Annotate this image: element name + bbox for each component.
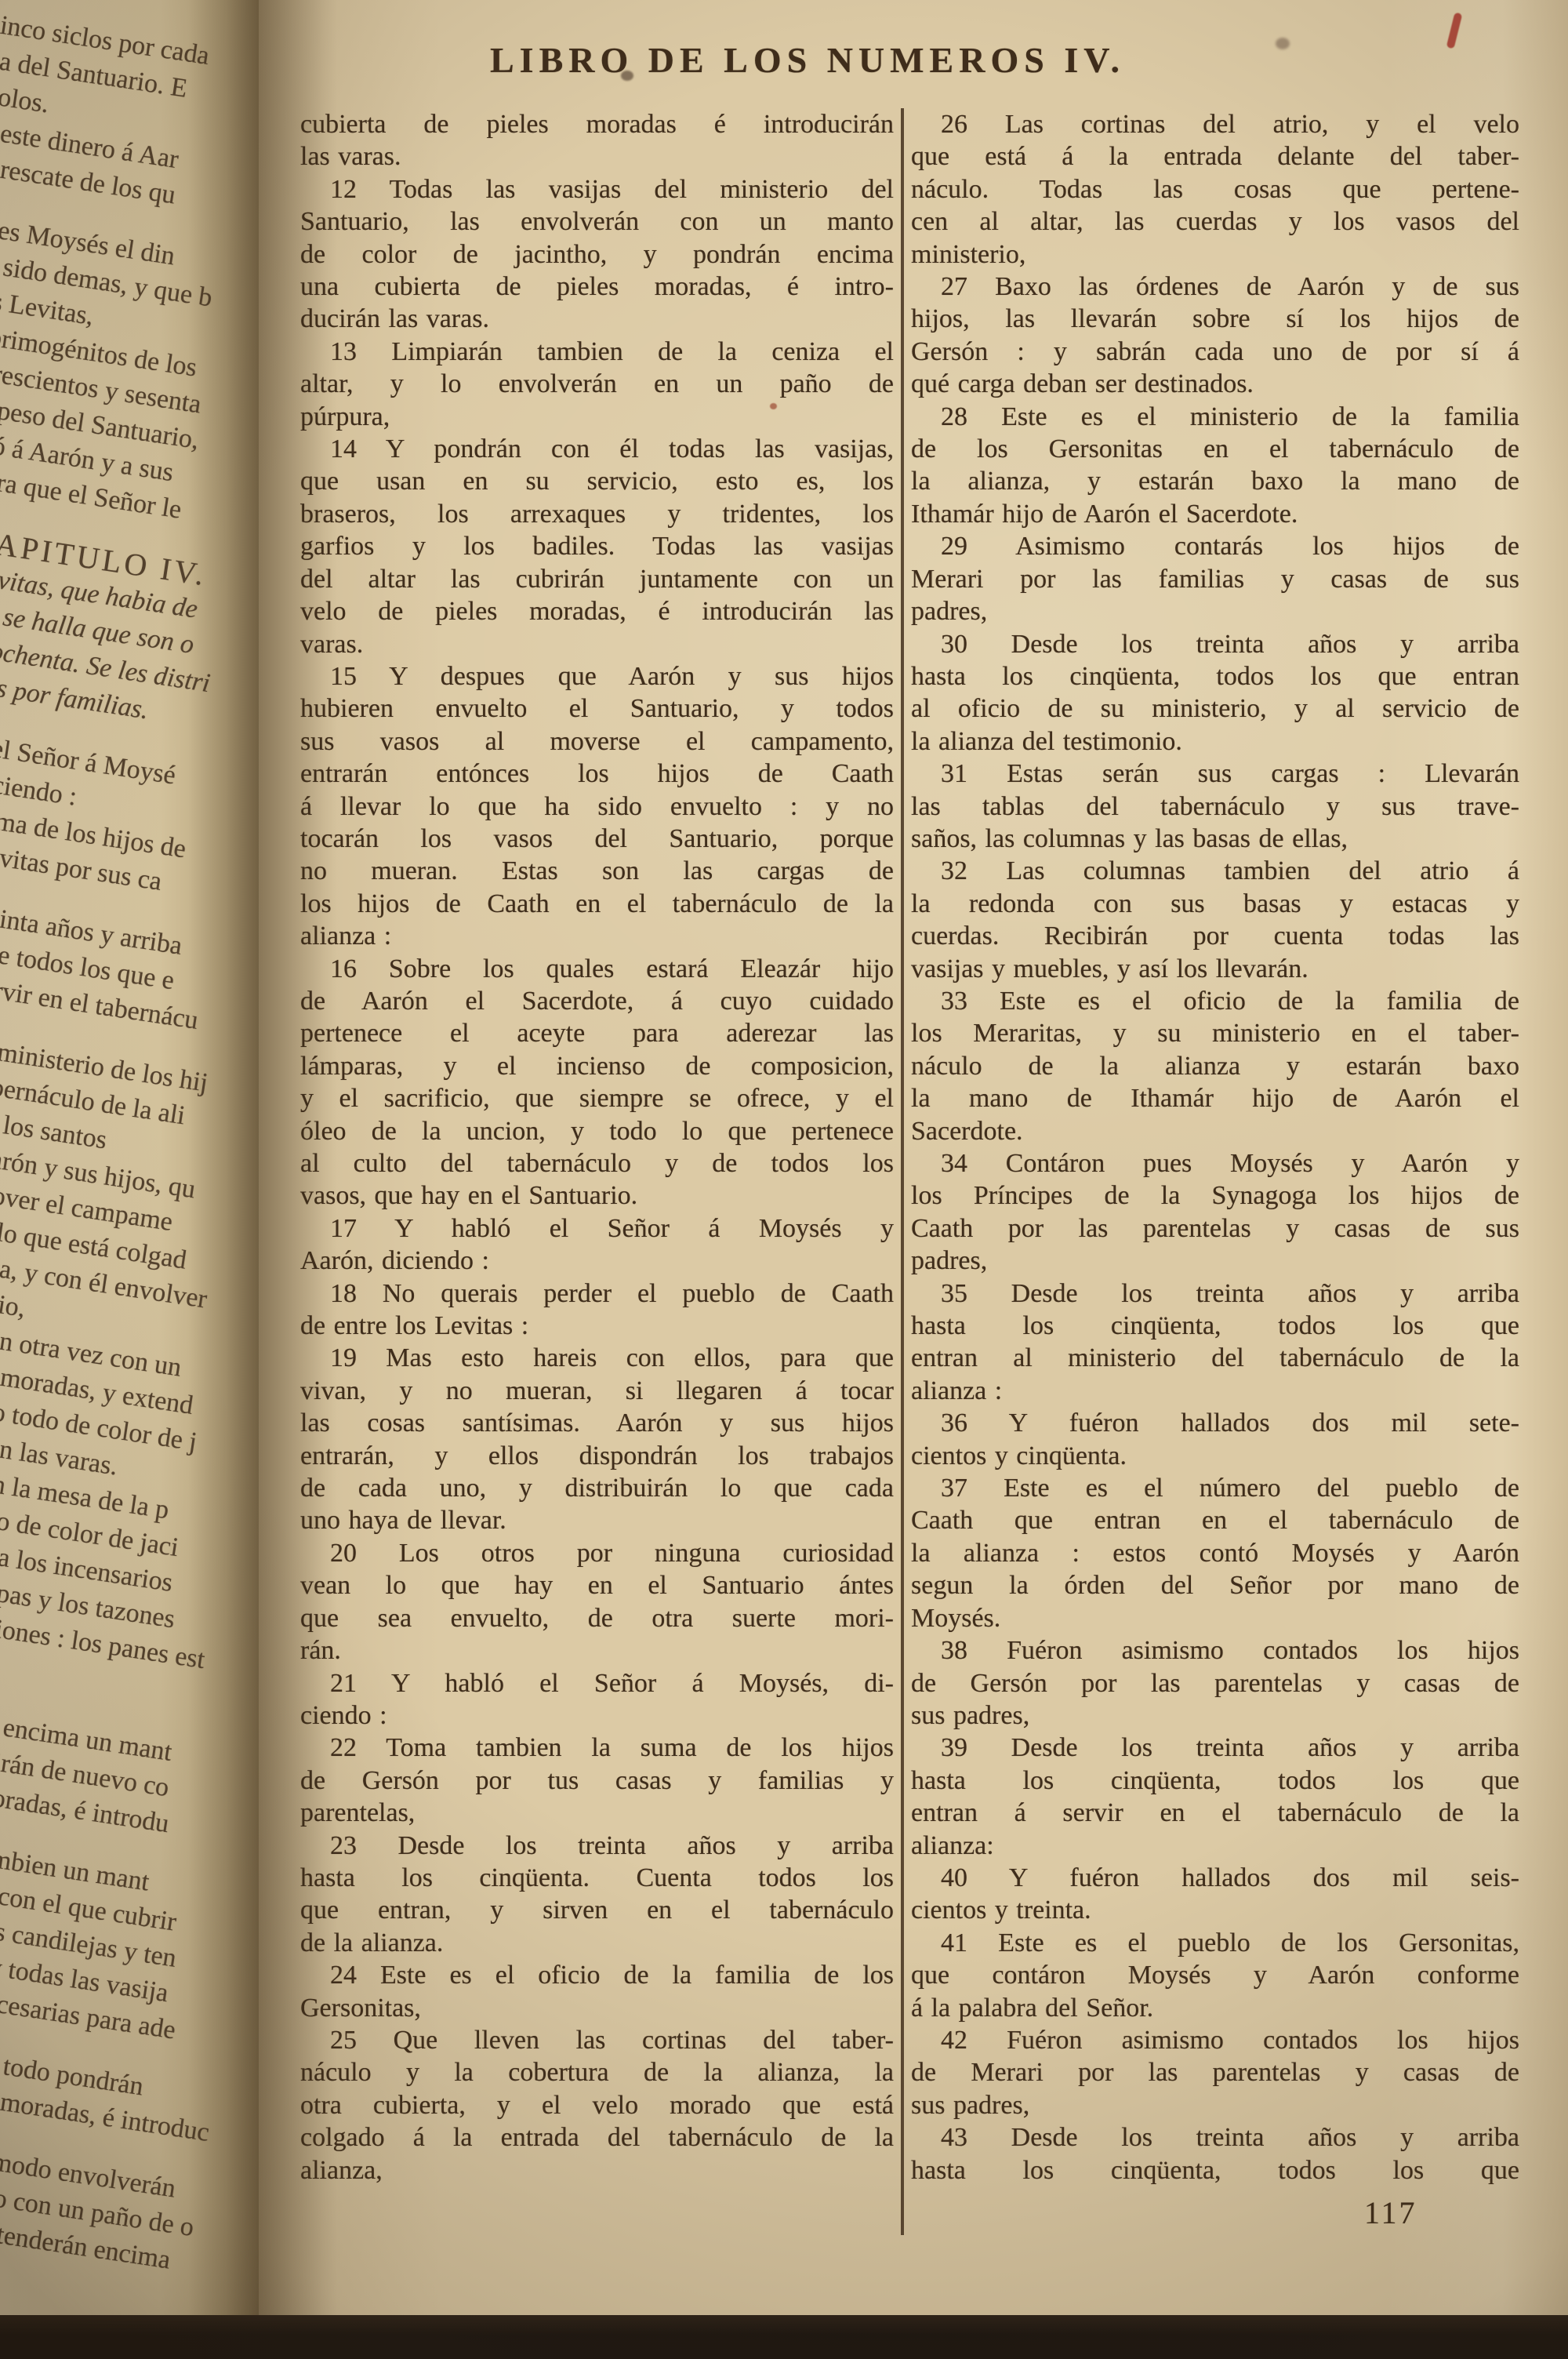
- text-line: 19 Mas esto hareis con ellos, para que: [300, 1342, 894, 1374]
- text-line: 24 Este es el oficio de la familia de lo…: [300, 1959, 894, 1991]
- text-line: de Gersón por las parentelas y casas de: [911, 1667, 1519, 1699]
- text-line: que contáron Moysés y Aarón conforme: [911, 1959, 1519, 1991]
- text-line: hasta los cinqüenta, todos los que entra…: [911, 660, 1519, 692]
- text-line: hasta los cinqüenta, todos los que: [911, 1765, 1519, 1797]
- text-line: óleo de la uncion, y todo lo que pertene…: [300, 1115, 894, 1147]
- text-line: del altar las cubrirán juntamente con un: [300, 563, 894, 595]
- text-line: braseros, los arrexaques y tridentes, lo…: [300, 498, 894, 530]
- text-line: la alianza, y estarán baxo la mano de: [911, 465, 1519, 497]
- text-line: sus vasos al moverse el campamento,: [300, 725, 894, 758]
- text-line: las cosas santísimas. Aarón y sus hijos: [300, 1407, 894, 1439]
- text-line: alianza :: [911, 1375, 1519, 1407]
- text-line: 29 Asimismo contarás los hijos de: [911, 530, 1519, 562]
- text-line: de los Gersonitas en el tabernáculo de: [911, 433, 1519, 465]
- text-line: 14 Y pondrán con él todas las vasijas,: [300, 433, 894, 465]
- text-line: y el sacrificio, que siempre se ofrece, …: [300, 1082, 894, 1114]
- text-line: sus padres,: [911, 2089, 1519, 2121]
- text-line: la redonda con sus basas y estacas y: [911, 888, 1519, 920]
- text-line: una cubierta de pieles moradas, é intro-: [300, 271, 894, 303]
- text-line: Santuario, las envolverán con un manto: [300, 205, 894, 238]
- text-line: á llevar lo que ha sido envuelto : y no: [300, 791, 894, 823]
- text-line: de cada uno, y distribuirán lo que cada: [300, 1472, 894, 1504]
- text-line: hasta los cinqüenta, todos los que: [911, 1310, 1519, 1342]
- text-line: Ithamár hijo de Aarón el Sacerdote.: [911, 498, 1519, 530]
- text-line: entran al ministerio del tabernáculo de …: [911, 1342, 1519, 1374]
- book-page: LIBRO DE LOS NUMEROS IV. cubierta de pie…: [259, 0, 1568, 2315]
- text-line: 18 No querais perder el pueblo de Caath: [300, 1278, 894, 1310]
- text-line: 16 Sobre los quales estará Eleazár hijo: [300, 953, 894, 985]
- text-line: cientos y treinta.: [911, 1894, 1519, 1926]
- text-line: á la palabra del Señor.: [911, 1992, 1519, 2024]
- text-line: uno haya de llevar.: [300, 1504, 894, 1536]
- text-line: hasta los cinqüenta, todos los que: [911, 2154, 1519, 2186]
- text-columns: cubierta de pieles moradas é introducirá…: [300, 108, 1523, 2235]
- text-line: cubierta de pieles moradas é introducirá…: [300, 108, 894, 140]
- text-line: 30 Desde los treinta años y arriba: [911, 628, 1519, 660]
- text-line: de color de jacintho, y pondrán encima: [300, 238, 894, 271]
- text-line: ciendo :: [300, 1699, 894, 1732]
- text-line: púrpura,: [300, 401, 894, 433]
- text-line: colgado á la entrada del tabernáculo de …: [300, 2121, 894, 2154]
- text-line: ducirán las varas.: [300, 303, 894, 335]
- text-line: que está á la entrada delante del taber-: [911, 140, 1519, 173]
- text-line: Gersonitas,: [300, 1992, 894, 2024]
- text-line: vasos, que hay en el Santuario.: [300, 1179, 894, 1212]
- text-line: Gersón : y sabrán cada uno de por sí á: [911, 336, 1519, 368]
- text-line: los Príncipes de la Synagoga los hijos d…: [911, 1179, 1519, 1212]
- text-line: la alianza del testimonio.: [911, 725, 1519, 758]
- text-line: otra cubierta, y el velo morado que está: [300, 2089, 894, 2121]
- text-line: 21 Y habló el Señor á Moysés, di-: [300, 1667, 894, 1699]
- right-column: 26 Las cortinas del atrio, y el veloque …: [911, 108, 1519, 2235]
- text-line: de la alianza.: [300, 1927, 894, 1959]
- text-line: sus padres,: [911, 1699, 1519, 1732]
- text-line: altar, y lo envolverán en un paño de: [300, 368, 894, 400]
- text-line: al culto del tabernáculo y de todos los: [300, 1147, 894, 1179]
- text-line: cuerdas. Recibirán por cuenta todas las: [911, 920, 1519, 952]
- text-line: de Aarón el Sacerdote, á cuyo cuidado: [300, 985, 894, 1017]
- text-line: los hijos de Caath en el tabernáculo de …: [300, 888, 894, 920]
- text-line: las varas.: [300, 140, 894, 173]
- text-line: 43 Desde los treinta años y arriba: [911, 2121, 1519, 2154]
- text-line: parentelas,: [300, 1797, 894, 1829]
- text-line: pertenece el aceyte para aderezar las: [300, 1017, 894, 1049]
- text-line: Merari por las familias y casas de sus: [911, 563, 1519, 595]
- text-line: 12 Todas las vasijas del ministerio del: [300, 173, 894, 205]
- text-line: la alianza : estos contó Moysés y Aarón: [911, 1537, 1519, 1569]
- text-line: de Gersón por tus casas y familias y: [300, 1765, 894, 1797]
- text-line: 41 Este es el pueblo de los Gersonitas,: [911, 1927, 1519, 1959]
- text-line: cen al altar, las cuerdas y los vasos de…: [911, 205, 1519, 238]
- text-line: 40 Y fuéron hallados dos mil seis-: [911, 1862, 1519, 1894]
- text-line: que entran, y sirven en el tabernáculo: [300, 1894, 894, 1926]
- text-line: que sea envuelto, de otra suerte mori-: [300, 1602, 894, 1634]
- text-line: 23 Desde los treinta años y arriba: [300, 1830, 894, 1862]
- page-number: 117: [1364, 2194, 1417, 2231]
- text-line: náculo y la cobertura de la alianza, la: [300, 2056, 894, 2088]
- text-line: tocarán los vasos del Santuario, porque: [300, 823, 894, 855]
- text-line: la mano de Ithamár hijo de Aarón el: [911, 1082, 1519, 1114]
- text-line: Caath por las parentelas y casas de sus: [911, 1212, 1519, 1245]
- text-line: 39 Desde los treinta años y arriba: [911, 1732, 1519, 1764]
- text-line: rán.: [300, 1634, 894, 1667]
- text-line: al oficio de su ministerio, y al servici…: [911, 692, 1519, 725]
- text-line: garfios y los badiles. Todas las vasijas: [300, 530, 894, 562]
- text-line: varas.: [300, 628, 894, 660]
- text-line: ministerio,: [911, 238, 1519, 271]
- text-line: 34 Contáron pues Moysés y Aarón y: [911, 1147, 1519, 1179]
- text-line: 25 Que lleven las cortinas del taber-: [300, 2024, 894, 2056]
- text-line: 28 Este es el ministerio de la familia: [911, 401, 1519, 433]
- text-line: 35 Desde los treinta años y arriba: [911, 1278, 1519, 1310]
- text-line: 27 Baxo las órdenes de Aarón y de sus: [911, 271, 1519, 303]
- text-line: los Meraritas, y su ministerio en el tab…: [911, 1017, 1519, 1049]
- text-line: lámparas, y el incienso de composicion,: [300, 1050, 894, 1082]
- text-line: 22 Toma tambien la suma de los hijos: [300, 1732, 894, 1764]
- page-title: LIBRO DE LOS NUMEROS IV.: [384, 39, 1231, 81]
- text-line: 32 Las columnas tambien del atrio á: [911, 855, 1519, 887]
- text-line: náculo de la alianza y estarán baxo: [911, 1050, 1519, 1082]
- adjacent-page-text: s cinco siclos por cadalida del Santuari…: [0, 3, 290, 2249]
- text-line: las tablas del tabernáculo y sus trave-: [911, 791, 1519, 823]
- text-line: 20 Los otros por ninguna curiosidad: [300, 1537, 894, 1569]
- text-line: 17 Y habló el Señor á Moysés y: [300, 1212, 894, 1245]
- adjacent-page-edge: s cinco siclos por cadalida del Santuari…: [0, 0, 290, 2315]
- text-line: 38 Fuéron asimismo contados los hijos: [911, 1634, 1519, 1667]
- text-line: hasta los cinqüenta. Cuenta todos los: [300, 1862, 894, 1894]
- text-line: hijos, las llevarán sobre sí los hijos d…: [911, 303, 1519, 335]
- text-line: 15 Y despues que Aarón y sus hijos: [300, 660, 894, 692]
- text-line: vasijas y muebles, y así los llevarán.: [911, 953, 1519, 985]
- text-line: entran á servir en el tabernáculo de la: [911, 1797, 1519, 1829]
- text-line: velo de pieles moradas, é introducirán l…: [300, 595, 894, 627]
- text-line: entrarán, y ellos dispondrán los trabajo…: [300, 1440, 894, 1472]
- text-line: alianza :: [300, 920, 894, 952]
- text-line: saños, las columnas y las basas de ellas…: [911, 823, 1519, 855]
- left-column: cubierta de pieles moradas é introducirá…: [300, 108, 894, 2235]
- text-line: vean lo que hay en el Santuario ántes: [300, 1569, 894, 1601]
- text-line: padres,: [911, 595, 1519, 627]
- text-line: Sacerdote.: [911, 1115, 1519, 1147]
- text-line: que usan en su servicio, esto es, los: [300, 465, 894, 497]
- text-line: 31 Estas serán sus cargas : Llevarán: [911, 758, 1519, 790]
- text-line: 33 Este es el oficio de la familia de: [911, 985, 1519, 1017]
- text-line: alianza,: [300, 2154, 894, 2186]
- text-line: 42 Fuéron asimismo contados los hijos: [911, 2024, 1519, 2056]
- text-line: 36 Y fuéron hallados dos mil sete-: [911, 1407, 1519, 1439]
- photo-bottom-edge: [0, 2315, 1568, 2359]
- text-line: 13 Limpiarán tambien de la ceniza el: [300, 336, 894, 368]
- text-line: náculo. Todas las cosas que pertene-: [911, 173, 1519, 205]
- text-line: segun la órden del Señor por mano de: [911, 1569, 1519, 1601]
- text-line: de Merari por las parentelas y casas de: [911, 2056, 1519, 2088]
- text-line: alianza:: [911, 1830, 1519, 1862]
- book-photo: s cinco siclos por cadalida del Santuari…: [0, 0, 1568, 2359]
- text-line: entrarán entónces los hijos de Caath: [300, 758, 894, 790]
- text-line: no mueran. Estas son las cargas de: [300, 855, 894, 887]
- column-divider-rule: [901, 108, 904, 2235]
- text-line: Caath que entran en el tabernáculo de: [911, 1504, 1519, 1536]
- text-line: de entre los Levitas :: [300, 1310, 894, 1342]
- text-line: Aarón, diciendo :: [300, 1245, 894, 1277]
- text-line: qué carga deban ser destinados.: [911, 368, 1519, 400]
- text-line: Moysés.: [911, 1602, 1519, 1634]
- text-line: padres,: [911, 1245, 1519, 1277]
- text-line: vivan, y no mueran, si llegaren á tocar: [300, 1375, 894, 1407]
- text-line: 26 Las cortinas del atrio, y el velo: [911, 108, 1519, 140]
- text-line: hubieren envuelto el Santuario, y todos: [300, 692, 894, 725]
- text-line: cientos y cinqüenta.: [911, 1440, 1519, 1472]
- text-line: 37 Este es el número del pueblo de: [911, 1472, 1519, 1504]
